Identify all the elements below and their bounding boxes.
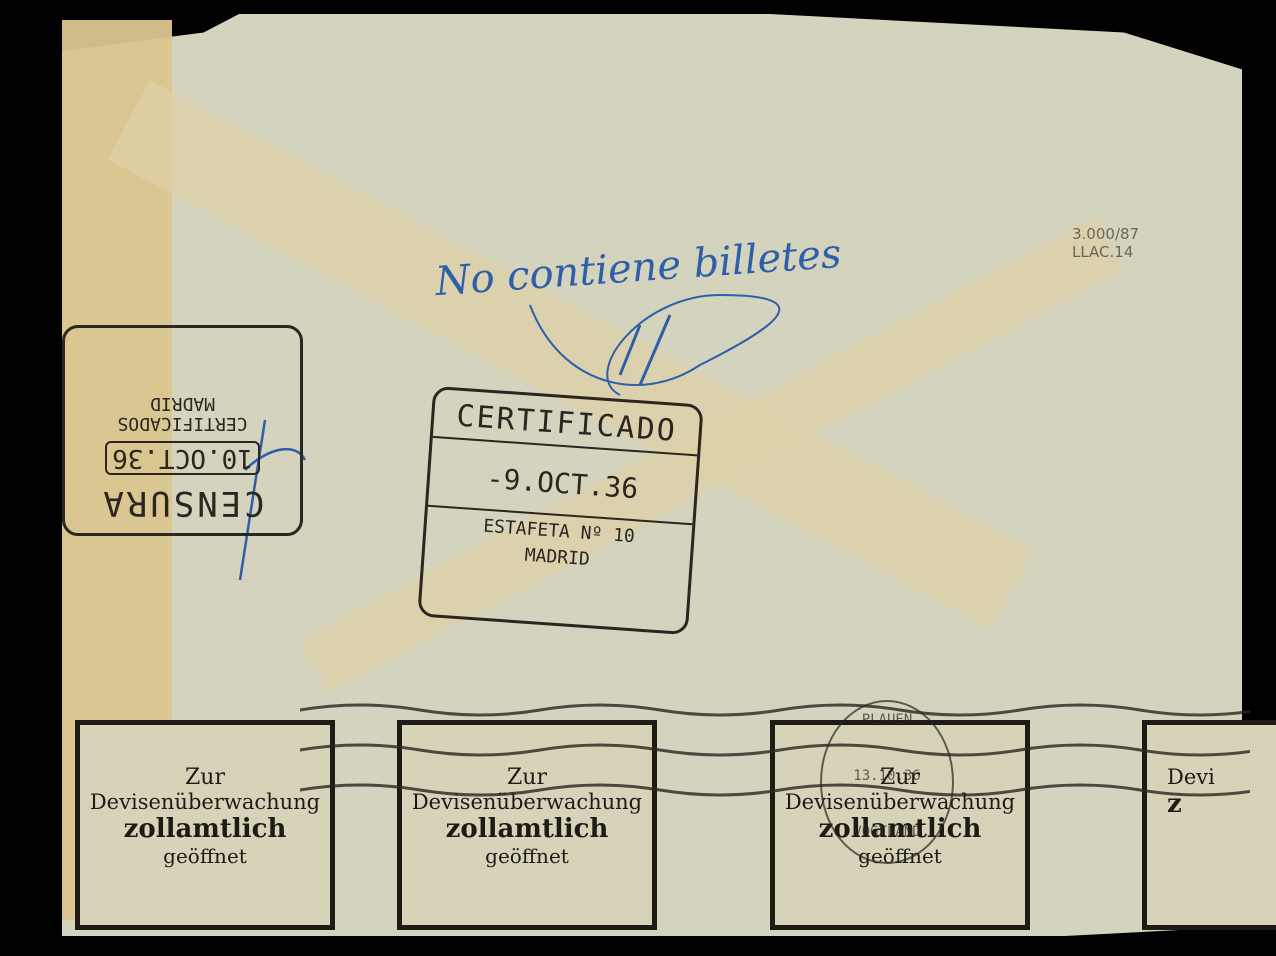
label-text: zollamtlich <box>80 814 330 844</box>
pencil-note: 3.000/87 LLAC.14 <box>1072 225 1139 261</box>
pencil-line: 3.000/87 <box>1072 225 1139 243</box>
stamp-date: 10.OCT.36 <box>105 441 260 475</box>
customs-label: Zur Devisenüberwachung zollamtlich geöff… <box>75 720 335 930</box>
plauen-postmark: PLAUEN 13.10.36 VOGTLAND <box>820 700 954 864</box>
label-text: geöffnet <box>80 844 330 868</box>
label-text: Devisenüberwachung <box>80 790 330 814</box>
signature-icon <box>520 285 820 405</box>
certificado-stamp: CERTIFICADO -9.OCT.36 ESTAFETA Nº 10 MAD… <box>417 386 703 635</box>
postmark-city: PLAUEN <box>822 712 952 728</box>
stamp-text: MADRID <box>65 393 300 413</box>
stamp-text: CERTIFICADOS <box>65 413 300 433</box>
censura-stamp: CENSURA 10.OCT.36 CERTIFICADOS MADRID <box>62 325 303 536</box>
label-text: geöffnet <box>402 844 652 868</box>
postmark-region: VOGTLAND <box>822 824 952 840</box>
stamp-text: CENSURA <box>65 483 300 533</box>
label-text: Zur <box>80 765 330 790</box>
machine-cancel-icon <box>300 700 1250 830</box>
pencil-line: LLAC.14 <box>1072 243 1139 261</box>
postmark-date: 13.10.36 <box>822 768 952 784</box>
